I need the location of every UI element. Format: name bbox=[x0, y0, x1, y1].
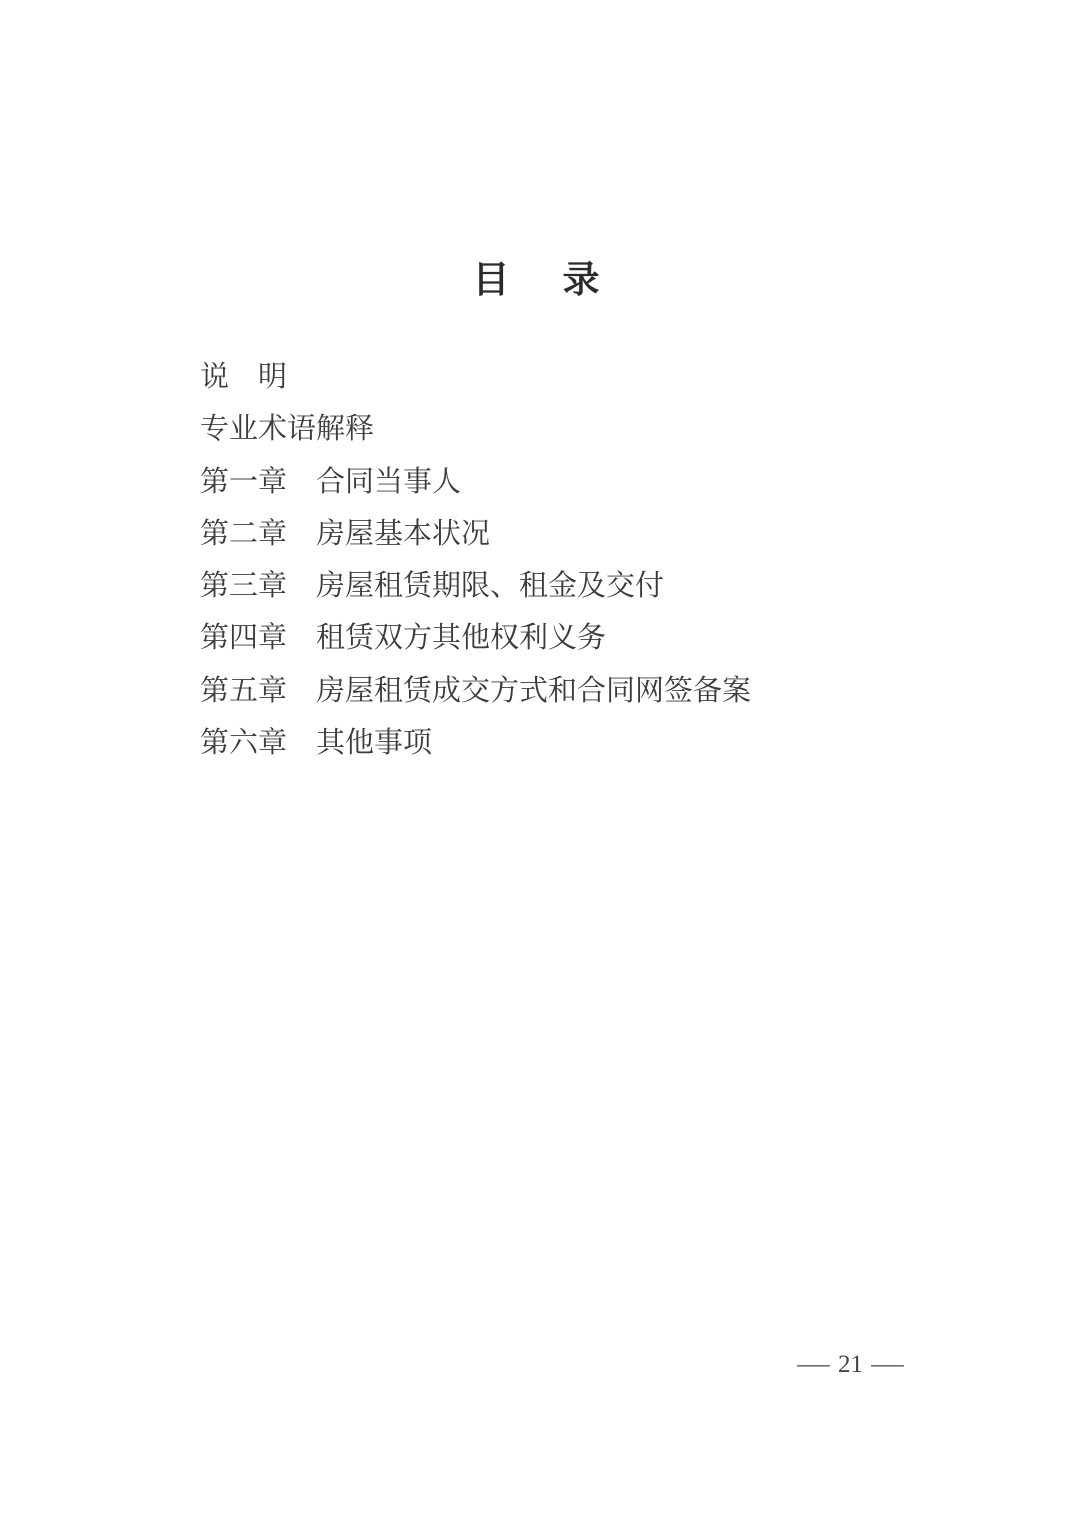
footer-left-dash: — bbox=[797, 1351, 830, 1379]
toc-item: 第六章 其他事项 bbox=[200, 717, 980, 769]
footer-right-dash: — bbox=[871, 1351, 904, 1379]
toc-item: 第三章 房屋租赁期限、租金及交付 bbox=[200, 560, 980, 612]
toc-item: 说 明 bbox=[200, 351, 980, 403]
toc-item: 第一章 合同当事人 bbox=[200, 456, 980, 508]
toc-list: 说 明专业术语解释第一章 合同当事人第二章 房屋基本状况第三章 房屋租赁期限、租… bbox=[200, 351, 980, 769]
document-page: 目 录 说 明专业术语解释第一章 合同当事人第二章 房屋基本状况第三章 房屋租赁… bbox=[0, 0, 1080, 1528]
toc-item: 专业术语解释 bbox=[200, 403, 980, 455]
page-title: 目 录 bbox=[0, 249, 1080, 303]
toc-item: 第二章 房屋基本状况 bbox=[200, 508, 980, 560]
toc-item: 第四章 租赁双方其他权利义务 bbox=[200, 612, 980, 664]
page-number: —21— bbox=[789, 1351, 912, 1379]
page-number-value: 21 bbox=[838, 1351, 863, 1378]
toc-item: 第五章 房屋租赁成交方式和合同网签备案 bbox=[200, 665, 980, 717]
